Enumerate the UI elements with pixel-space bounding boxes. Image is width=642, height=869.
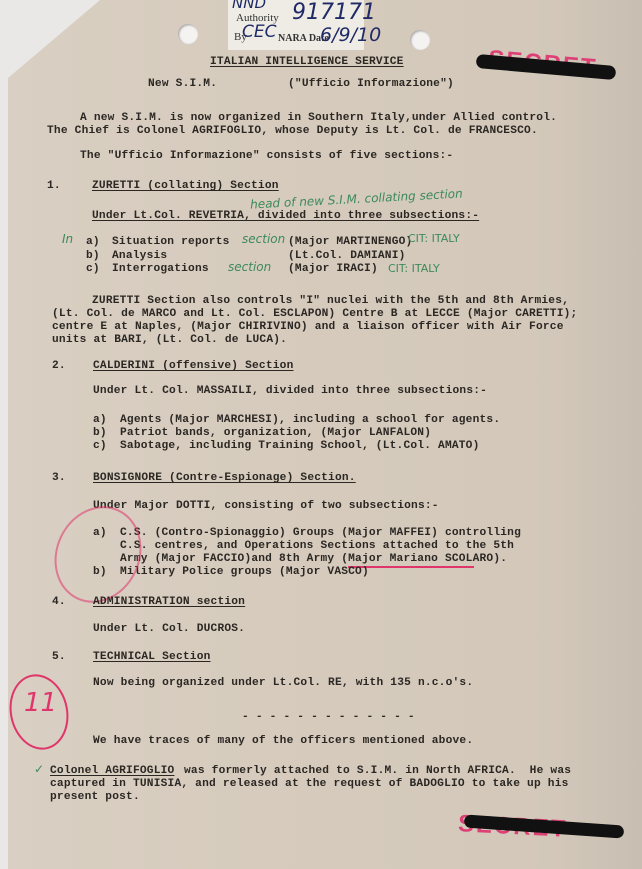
section-3-item-b-line-1: Military Police groups (Major VASCO) — [120, 566, 369, 578]
section-1-item-a-letter: a) — [86, 236, 100, 248]
punch-hole-right — [410, 30, 430, 50]
page-shading — [552, 0, 642, 869]
check-mark: ✓ — [34, 762, 44, 776]
section-1-note-line-3: centre E at Naples, (Major CHIRIVINO) an… — [52, 321, 564, 333]
section-3-item-a-line-2: C.S. centres, and Operations Sections at… — [120, 540, 514, 552]
section-4-heading: ADMINISTRATION section — [93, 596, 245, 608]
closing-line-2: captured in TUNISIA, and released at the… — [50, 778, 569, 790]
closing-line-1: was formerly attached to S.I.M. in North… — [184, 765, 571, 777]
annotation-cit-a: CIT: ITALY — [408, 232, 460, 245]
section-2-under: Under Lt. Col. MASSAILI, divided into th… — [93, 385, 487, 397]
section-1-item-a-officer: (Major MARTINENGO) — [288, 236, 412, 248]
red-circled-number: 11 — [24, 688, 57, 718]
section-2-heading: CALDERINI (offensive) Section — [93, 360, 294, 372]
section-2-number: 2. — [52, 360, 66, 372]
closing-line-3: present post. — [50, 791, 140, 803]
subtitle-ufficio: ("Ufficio Informazione") — [288, 78, 454, 90]
section-1-item-b-letter: b) — [86, 250, 100, 262]
section-1-item-c-label: Interrogations — [112, 263, 209, 275]
section-3-item-a-line-1: C.S. (Contro-Spionaggio) Groups (Major M… — [120, 527, 521, 539]
traces-line: We have traces of many of the officers m… — [93, 735, 473, 747]
section-5-heading: TECHNICAL Section — [93, 651, 211, 663]
section-2-item-b-text: Patriot bands, organization, (Major LANF… — [120, 427, 431, 439]
section-1-item-b-officer: (Lt.Col. DAMIANI) — [288, 250, 406, 262]
intro-line-1: A new S.I.M. is now organized in Souther… — [80, 112, 557, 124]
section-1-note-line-2: (Lt. Col. de MARCO and Lt. Col. ESCLAPON… — [52, 308, 577, 320]
section-1-heading: ZURETTI (collating) Section — [92, 180, 279, 192]
closing-subject: Colonel AGRIFOGLIO — [50, 765, 174, 777]
section-2-item-a-letter: a) — [93, 414, 107, 426]
section-2-item-b-letter: b) — [93, 427, 107, 439]
stamp-nnd: NND — [232, 0, 266, 12]
section-1-item-a-label: Situation reports — [112, 236, 230, 248]
section-1-item-b-label: Analysis — [112, 250, 167, 262]
section-5-under: Now being organized under Lt.Col. RE, wi… — [93, 677, 473, 689]
section-1-item-c-letter: c) — [86, 263, 100, 275]
section-1-note-line-4: units at BARI, (Lt. Col. de LUCA). — [52, 334, 287, 346]
section-5-number: 5. — [52, 651, 66, 663]
stamp-authority-value: 917171 — [292, 0, 376, 25]
subtitle-new-sim: New S.I.M. — [148, 78, 217, 90]
section-2-item-a-text: Agents (Major MARCHESI), including a sch… — [120, 414, 500, 426]
annotation-in: In — [62, 232, 73, 246]
section-3-number: 3. — [52, 472, 66, 484]
section-3-item-a-line-3: Army (Major FACCIO)and 8th Army (Major M… — [120, 553, 507, 565]
section-4-under: Under Lt. Col. DUCROS. — [93, 623, 245, 635]
stamp-date-value: 6/9/10 — [320, 24, 381, 46]
section-2-item-c-text: Sabotage, including Training School, (Lt… — [120, 440, 480, 452]
section-2-item-c-letter: c) — [93, 440, 107, 452]
punch-hole-left — [178, 24, 198, 44]
document-title: ITALIAN INTELLIGENCE SERVICE — [210, 56, 404, 68]
annotation-section-c: section — [228, 260, 271, 274]
section-1-note-line-1: ZURETTI Section also controls "I" nuclei… — [92, 295, 569, 307]
annotation-cit-c: CIT: ITALY — [388, 262, 440, 275]
section-3-under: Under Major DOTTI, consisting of two sub… — [93, 500, 439, 512]
section-4-number: 4. — [52, 596, 66, 608]
section-1-item-c-officer: (Major IRACI) — [288, 263, 378, 275]
separator-dashes: - - - - - - - - - - - - - — [242, 711, 415, 723]
stamp-by-value: CEC — [242, 22, 276, 42]
declassification-stamp: NND Authority 917171 By CEC NARA Date 6/… — [228, 0, 364, 50]
section-3-heading: BONSIGNORE (Contre-Espionage) Section. — [93, 472, 356, 484]
sections-intro: The "Ufficio Informazione" consists of f… — [80, 150, 453, 162]
annotation-section-a: section — [242, 232, 285, 246]
section-1-under: Under Lt.Col. REVETRIA, divided into thr… — [92, 210, 479, 222]
intro-line-2: The Chief is Colonel AGRIFOGLIO, whose D… — [47, 125, 538, 137]
section-1-number: 1. — [47, 180, 61, 192]
